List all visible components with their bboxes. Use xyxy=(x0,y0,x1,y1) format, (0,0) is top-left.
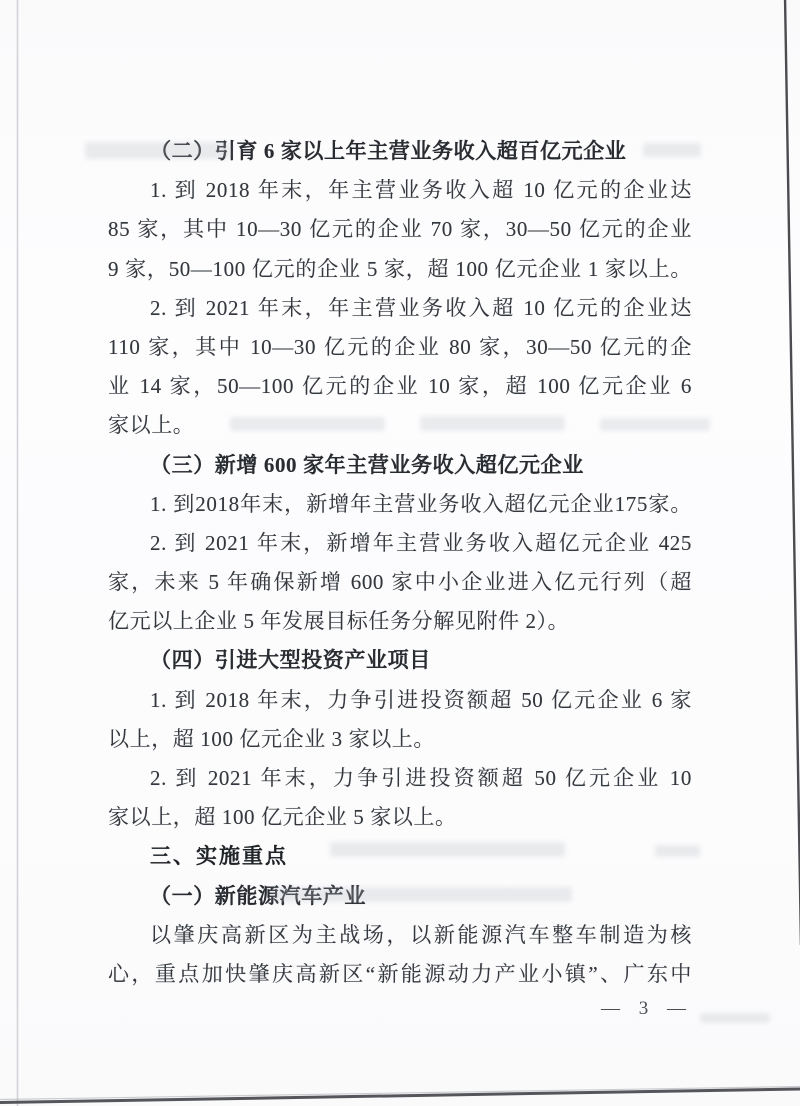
text-line: 85 家，其中 10—30 亿元的企业 70 家，30—50 亿元的企业 xyxy=(108,210,692,249)
text-line: 2. 到 2021 年末，新增年主营业务收入超亿元企业 425 xyxy=(108,524,692,563)
scanned-document-page: （二）引育 6 家以上年主营业务收入超百亿元企业 1. 到 2018 年末，年主… xyxy=(0,0,800,1106)
page-number: — 3 — xyxy=(601,998,688,1020)
text-line: 9 家，50—100 亿元的企业 5 家，超 100 亿元企业 1 家以上。 xyxy=(108,250,692,289)
bleed-through-artifact xyxy=(230,417,385,431)
bleed-through-artifact xyxy=(272,887,572,902)
text-line: 1. 到 2018 年末，年主营业务收入超 10 亿元的企业达 xyxy=(108,171,692,210)
bleed-through-artifact xyxy=(85,142,230,159)
text-line: 2. 到 2021 年末，年主营业务收入超 10 亿元的企业达 xyxy=(108,289,692,328)
text-line: 亿元以上企业 5 年发展目标任务分解见附件 2）。 xyxy=(108,602,692,641)
bottom-page-edge xyxy=(0,1089,800,1103)
text-line: 业 14 家，50—100 亿元的企业 10 家，超 100 亿元企业 6 xyxy=(108,367,692,406)
bleed-through-artifact xyxy=(643,143,701,157)
bleed-through-artifact xyxy=(330,842,565,857)
right-page-edge xyxy=(785,0,800,945)
bottom-edge-soft xyxy=(0,1087,800,1100)
bleed-through-artifact xyxy=(655,845,700,857)
text-line: 以肇庆高新区为主战场，以新能源汽车整车制造为核 xyxy=(108,916,692,955)
bleed-through-artifact xyxy=(600,418,710,431)
section-heading-4: （四）引进大型投资产业项目 xyxy=(108,641,692,680)
document-body: （二）引育 6 家以上年主营业务收入超百亿元企业 1. 到 2018 年末，年主… xyxy=(108,132,692,994)
section-heading-3: （三）新增 600 家年主营业务收入超亿元企业 xyxy=(108,446,692,485)
text-line: 2. 到 2021 年末，力争引进投资额超 50 亿元企业 10 xyxy=(108,759,692,798)
text-line: 心，重点加快肇庆高新区“新能源动力产业小镇”、广东中 xyxy=(108,955,692,994)
text-line: 1. 到2018年末，新增年主营业务收入超亿元企业175家。 xyxy=(108,485,692,524)
text-line: 家以上，超 100 亿元企业 5 家以上。 xyxy=(108,798,692,837)
bleed-through-artifact xyxy=(420,416,565,431)
text-line: 以上，超 100 亿元企业 3 家以上。 xyxy=(108,720,692,759)
bleed-through-artifact xyxy=(700,1013,770,1023)
text-line: 110 家，其中 10—30 亿元的企业 80 家，30—50 亿元的企 xyxy=(108,328,692,367)
text-line: 家，未来 5 年确保新增 600 家中小企业进入亿元行列（超 xyxy=(108,563,692,602)
text-line: 1. 到 2018 年末，力争引进投资额超 50 亿元企业 6 家 xyxy=(108,681,692,720)
